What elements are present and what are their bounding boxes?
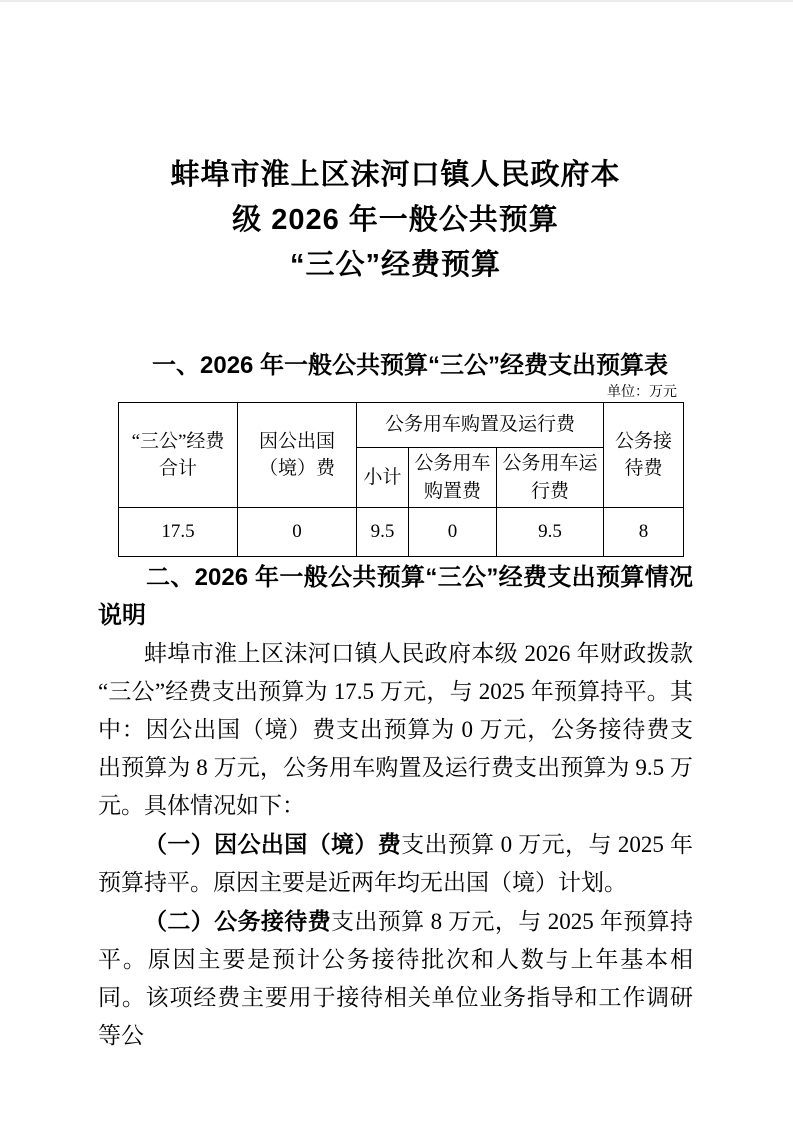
unit-note: 单位：万元 (98, 384, 677, 402)
table-header-operation: 公务用车运行费 (497, 448, 604, 508)
budget-table: “三公”经费合计 因公出国（境）费 公务用车购置及运行费 公务接待费 小计 公务… (118, 402, 684, 557)
section2-body: 蚌埠市淮上区沫河口镇人民政府本级 2026 年财政拨款“三公”经费支出预算为 1… (98, 635, 693, 1055)
table-header-reception: 公务接待费 (604, 403, 684, 508)
body-paragraph: （一）因公出国（境）费支出预算 0 万元，与 2025 年预算持平。原因主要是近… (98, 825, 693, 902)
section1-heading: 一、2026 年一般公共预算“三公”经费支出预算表 (98, 350, 693, 382)
document-title-line: 蚌埠市淮上区沫河口镇人民政府本 (98, 153, 693, 198)
body-paragraph: 蚌埠市淮上区沫河口镇人民政府本级 2026 年财政拨款“三公”经费支出预算为 1… (98, 635, 693, 825)
paragraph-lead-bold: （二）公务接待费 (144, 908, 331, 934)
table-value-purchase: 0 (409, 508, 497, 557)
table-header-vehicle-group: 公务用车购置及运行费 (357, 403, 604, 448)
table-header-purchase: 公务用车购置费 (409, 448, 497, 508)
table-value-reception: 8 (604, 508, 684, 557)
table-header-abroad: 因公出国（境）费 (238, 403, 357, 508)
section2-heading: 二、2026 年一般公共预算“三公”经费支出预算情况说明 (98, 559, 693, 635)
document-title-line: 级 2026 年一般公共预算 (98, 198, 693, 243)
paragraph-text: 蚌埠市淮上区沫河口镇人民政府本级 2026 年财政拨款“三公”经费支出预算为 1… (98, 641, 693, 818)
table-header-subtotal: 小计 (357, 448, 409, 508)
table-header-total: “三公”经费合计 (119, 403, 238, 508)
table-value-total: 17.5 (119, 508, 238, 557)
paragraph-lead-bold: （一）因公出国（境）费 (144, 831, 401, 857)
table-row: 17.5 0 9.5 0 9.5 8 (119, 508, 684, 557)
body-paragraph: （二）公务接待费支出预算 8 万元，与 2025 年预算持平。原因主要是预计公务… (98, 902, 693, 1055)
document-page: 蚌埠市淮上区沫河口镇人民政府本 级 2026 年一般公共预算 “三公”经费预算 … (0, 0, 793, 1122)
table-value-operation: 9.5 (497, 508, 604, 557)
section2: 二、2026 年一般公共预算“三公”经费支出预算情况说明 蚌埠市淮上区沫河口镇人… (98, 559, 693, 1055)
table-value-abroad: 0 (238, 508, 357, 557)
document-title-line: “三公”经费预算 (98, 243, 693, 288)
document-title: 蚌埠市淮上区沫河口镇人民政府本 级 2026 年一般公共预算 “三公”经费预算 (98, 2, 693, 288)
table-value-subtotal: 9.5 (357, 508, 409, 557)
